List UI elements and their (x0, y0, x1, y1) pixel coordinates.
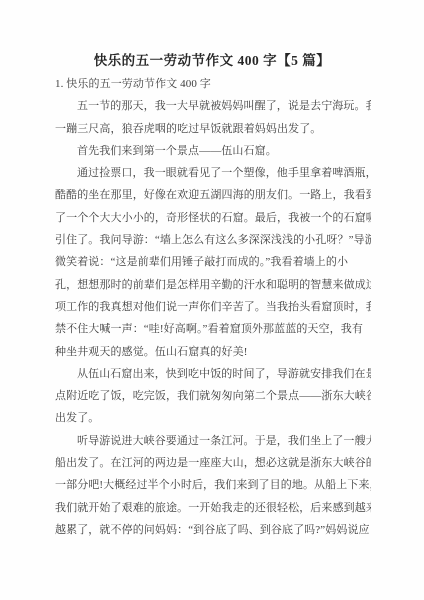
paragraph: 通过捡票口，我一眼就看见了一个塑像，他手里拿着啤酒瓶，酷酷的坐在那里，好像在欢迎… (55, 162, 371, 363)
paragraph: 五一节的那天，我一大早就被妈妈叫醒了，说是去宁海玩。我一蹦三尺高，狼吞虎咽的吃过… (55, 95, 371, 140)
document-title: 快乐的五一劳动节作文 400 字【5 篇】 (0, 51, 424, 71)
section-heading: 1. 快乐的五一劳动节作文 400 字 (55, 73, 371, 95)
text-line: 种坐井观天的感觉。伍山石窟真的好美! (55, 341, 371, 363)
text-line: 我们就开始了艰难的旅途。一开始我走的还很轻松，后来感到越来 (55, 497, 371, 519)
text-line: 点附近吃了饭，吃完饭，我们就匆匆向第二个景点——浙东大峡谷 (55, 385, 371, 407)
text-line: 从伍山石窟出来，快到吃中饭的时间了，导游就安排我们在景 (55, 363, 371, 385)
text-line: 五一节的那天，我一大早就被妈妈叫醒了，说是去宁海玩。我 (55, 95, 371, 117)
paragraph: 听导游说进大峡谷要通过一条江河。于是，我们坐上了一艘大船出发了。在江河的两边是一… (55, 430, 371, 541)
document-body: 1. 快乐的五一劳动节作文 400 字 五一节的那天，我一大早就被妈妈叫醒了，说… (55, 73, 371, 541)
text-line: 一蹦三尺高，狼吞虎咽的吃过早饭就跟着妈妈出发了。 (55, 118, 371, 140)
text-line: 了一个个大大小小的，奇形怪状的石窟。最后，我被一个的石窟吸 (55, 207, 371, 229)
text-line: 酷酷的坐在那里，好像在欢迎五湖四海的朋友们。一路上，我看到 (55, 184, 371, 206)
text-line: 听导游说进大峡谷要通过一条江河。于是，我们坐上了一艘大 (55, 430, 371, 452)
text-line: 禁不住大喊一声：“哇!好高啊。”看着窟顶外那蓝蓝的天空，我有 (55, 318, 371, 340)
text-line: 通过捡票口，我一眼就看见了一个塑像，他手里拿着啤酒瓶， (55, 162, 371, 184)
text-line: 首先我们来到第一个景点——伍山石窟。 (55, 140, 371, 162)
paragraph-list: 五一节的那天，我一大早就被妈妈叫醒了，说是去宁海玩。我一蹦三尺高，狼吞虎咽的吃过… (55, 95, 371, 541)
document-page: 快乐的五一劳动节作文 400 字【5 篇】 1. 快乐的五一劳动节作文 400 … (0, 0, 424, 600)
text-line: 孔，想想那时的前辈们是怎样用辛勤的汗水和聪明的智慧来做成这 (55, 274, 371, 296)
text-line: 船出发了。在江河的两边是一座座大山，想必这就是浙东大峡谷的 (55, 452, 371, 474)
text-line: 出发了。 (55, 407, 371, 429)
text-line: 项工作的我真想对他们说一声你们辛苦了。当我抬头看窟顶时，我 (55, 296, 371, 318)
text-line: 一部分吧!大概经过半个小时后，我们来到了目的地。从船上下来， (55, 474, 371, 496)
text-line: 微笑着说：“这是前辈们用锤子敲打而成的。”我看着墙上的小 (55, 251, 371, 273)
paragraph: 从伍山石窟出来，快到吃中饭的时间了，导游就安排我们在景点附近吃了饭，吃完饭，我们… (55, 363, 371, 430)
text-line: 越累了，就不停的问妈妈：“到谷底了吗、到谷底了吗?”妈妈说应 (55, 519, 371, 541)
text-line: 引住了。我问导游：“墙上怎么有这么多深深浅浅的小孔呀？”导游 (55, 229, 371, 251)
paragraph: 首先我们来到第一个景点——伍山石窟。 (55, 140, 371, 162)
